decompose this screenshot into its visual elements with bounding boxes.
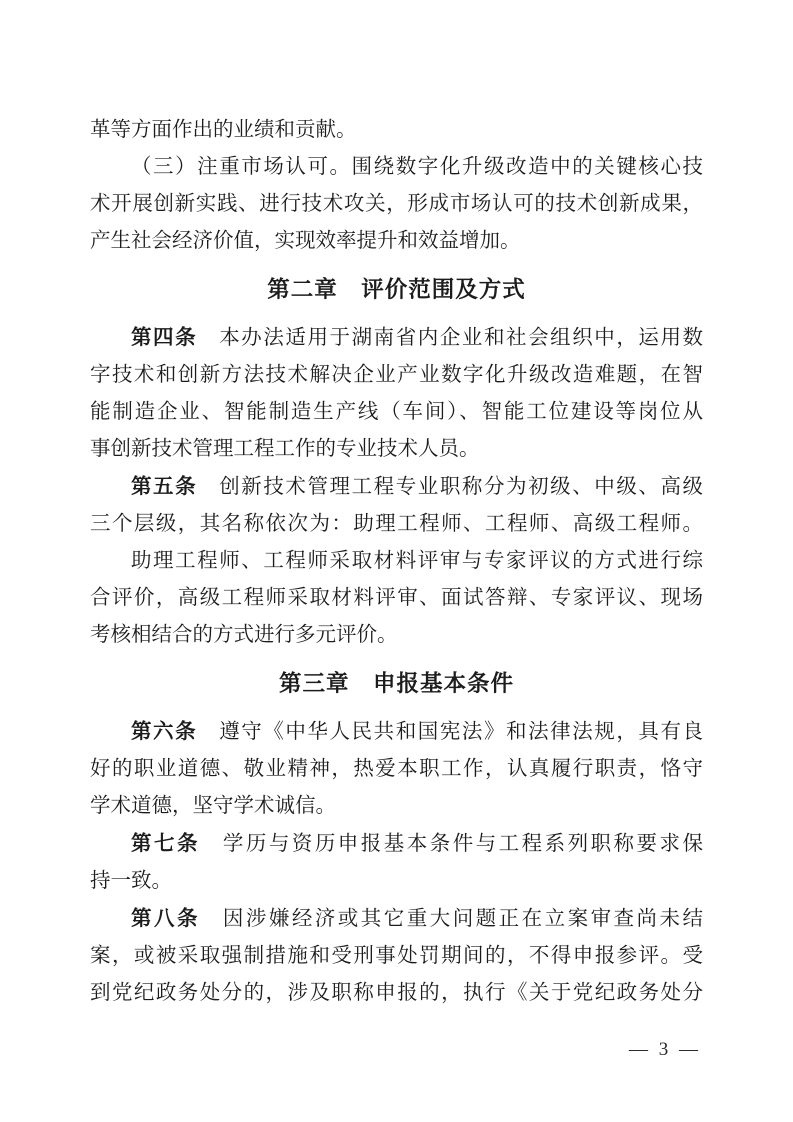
- text-line: 学术道德，坚守学术诚信。: [90, 788, 703, 825]
- text-segment: 学历与资历申报基本条件与工程系列职称要求保: [200, 833, 703, 855]
- text-segment: 创新技术管理工程专业职称分为初级、中级、高级: [197, 476, 703, 498]
- text-line: 案，或被采取强制措施和受刑事处罚期间的，不得申报参评。受: [90, 938, 703, 975]
- paragraph: 第五条 创新技术管理工程专业职称分为初级、中级、高级三个层级，其名称依次为：助理…: [90, 468, 703, 543]
- text-segment: 术开展创新实践、进行技术攻关，形成市场认可的技术创新成果，: [90, 193, 703, 215]
- text-line: 能制造企业、智能制造生产线（车间）、智能工位建设等岗位从: [90, 394, 703, 431]
- text-segment: 能制造企业、智能制造生产线（车间）、智能工位建设等岗位从: [90, 401, 703, 423]
- text-segment: 因涉嫌经济或其它重大问题正在立案审查尚未结: [200, 908, 703, 930]
- text-line: 好的职业道德、敬业精神，热爱本职工作，认真履行职责，恪守: [90, 751, 703, 788]
- paragraph: 第六条 遵守《中华人民共和国宪法》和法律法规，具有良好的职业道德、敬业精神，热爱…: [90, 713, 703, 825]
- text-segment: 遵守《中华人民共和国宪法》和法律法规，具有良: [197, 721, 703, 743]
- text-line: 术开展创新实践、进行技术攻关，形成市场认可的技术创新成果，: [90, 186, 703, 223]
- text-segment: 好的职业道德、敬业精神，热爱本职工作，认真履行职责，恪守: [90, 758, 703, 780]
- text-segment: 本办法适用于湖南省内企业和社会组织中，运用数: [197, 327, 703, 349]
- page-number: — 3 —: [629, 1038, 701, 1062]
- text-segment: 考核相结合的方式进行多元评价。: [90, 624, 398, 646]
- text-line: 事创新技术管理工程工作的专业技术人员。: [90, 431, 703, 468]
- text-line: 字技术和创新方法技术解决企业产业数字化升级改造难题，在智: [90, 357, 703, 394]
- text-line: 第六条 遵守《中华人民共和国宪法》和法律法规，具有良: [90, 713, 703, 751]
- text-line: 合评价，高级工程师采取材料评审、面试答辩、专家评议、现场: [90, 580, 703, 617]
- text-segment: 到党纪政务处分的，涉及职称申报的，执行《关于党纪政务处分: [90, 982, 703, 1004]
- chapter-heading: 第三章 申报基本条件: [90, 665, 703, 702]
- paragraph: 第八条 因涉嫌经济或其它重大问题正在立案审查尚未结案，或被采取强制措施和受刑事处…: [90, 900, 703, 1012]
- text-segment: 革等方面作出的业绩和贡献。: [90, 119, 357, 141]
- chapter-heading: 第二章 评价范围及方式: [90, 271, 703, 308]
- text-segment: 持一致。: [90, 870, 172, 892]
- article-number: 第八条: [131, 907, 200, 930]
- text-segment: 事创新技术管理工程工作的专业技术人员。: [90, 438, 480, 460]
- text-line: 考核相结合的方式进行多元评价。: [90, 617, 703, 654]
- article-number: 第五条: [131, 475, 197, 498]
- text-segment: 字技术和创新方法技术解决企业产业数字化升级改造难题，在智: [90, 364, 703, 386]
- article-number: 第六条: [131, 720, 197, 743]
- document-page: 革等方面作出的业绩和贡献。（三）注重市场认可。围绕数字化升级改造中的关键核心技术…: [0, 0, 793, 1122]
- article-number: 第四条: [131, 326, 197, 349]
- text-line: 第八条 因涉嫌经济或其它重大问题正在立案审查尚未结: [90, 900, 703, 938]
- text-line: 革等方面作出的业绩和贡献。: [90, 112, 703, 149]
- paragraph: 第七条 学历与资历申报基本条件与工程系列职称要求保持一致。: [90, 825, 703, 900]
- text-segment: 学术道德，坚守学术诚信。: [90, 795, 336, 817]
- paragraph: 助理工程师、工程师采取材料评审与专家评议的方式进行综合评价，高级工程师采取材料评…: [90, 543, 703, 654]
- text-line: 第七条 学历与资历申报基本条件与工程系列职称要求保: [90, 825, 703, 863]
- article-number: 第七条: [131, 832, 200, 855]
- paragraph: 革等方面作出的业绩和贡献。: [90, 112, 703, 149]
- text-segment: 案，或被采取强制措施和受刑事处罚期间的，不得申报参评。受: [90, 945, 703, 967]
- paragraph: 第四条 本办法适用于湖南省内企业和社会组织中，运用数字技术和创新方法技术解决企业…: [90, 319, 703, 468]
- text-line: 第四条 本办法适用于湖南省内企业和社会组织中，运用数: [90, 319, 703, 357]
- paragraph: （三）注重市场认可。围绕数字化升级改造中的关键核心技术开展创新实践、进行技术攻关…: [90, 149, 703, 260]
- text-segment: 产生社会经济价值，实现效率提升和效益增加。: [90, 230, 521, 252]
- text-segment: 助理工程师、工程师采取材料评审与专家评议的方式进行综: [131, 550, 703, 572]
- text-line: 三个层级，其名称依次为：助理工程师、工程师、高级工程师。: [90, 506, 703, 543]
- text-line: 到党纪政务处分的，涉及职称申报的，执行《关于党纪政务处分: [90, 975, 703, 1012]
- text-segment: （三）注重市场认可。围绕数字化升级改造中的关键核心技: [131, 156, 703, 178]
- text-line: 第五条 创新技术管理工程专业职称分为初级、中级、高级: [90, 468, 703, 506]
- text-segment: 三个层级，其名称依次为：助理工程师、工程师、高级工程师。: [90, 513, 703, 535]
- text-line: 助理工程师、工程师采取材料评审与专家评议的方式进行综: [90, 543, 703, 580]
- text-segment: 合评价，高级工程师采取材料评审、面试答辩、专家评议、现场: [90, 587, 703, 609]
- text-line: 产生社会经济价值，实现效率提升和效益增加。: [90, 223, 703, 260]
- document-body: 革等方面作出的业绩和贡献。（三）注重市场认可。围绕数字化升级改造中的关键核心技术…: [90, 112, 703, 1012]
- text-line: 持一致。: [90, 863, 703, 900]
- text-line: （三）注重市场认可。围绕数字化升级改造中的关键核心技: [90, 149, 703, 186]
